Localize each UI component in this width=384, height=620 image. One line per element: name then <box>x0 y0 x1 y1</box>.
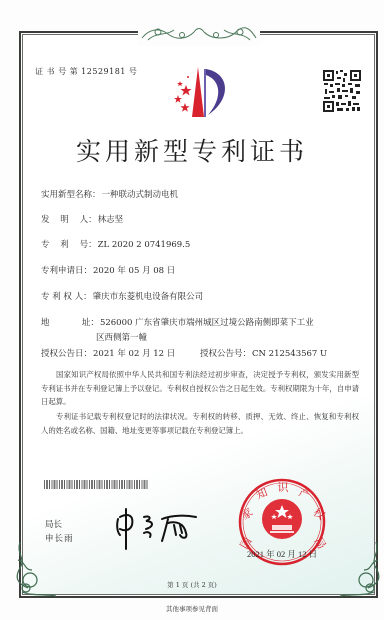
footer-note: 其他事项参见背面 <box>0 604 384 613</box>
grant-announcement-number-value: CN 212543567 U <box>252 349 327 359</box>
patentee-value: 肇庆市东菱机电设备有限公司 <box>93 292 204 302</box>
top-floral-ornament-icon <box>138 22 260 46</box>
address-value-line1: 526000 广东省肇庆市端州城区过境公路南侧即菜下工业 <box>100 318 314 328</box>
director-signature-icon <box>110 505 200 550</box>
cnipa-logo-icon <box>168 65 232 119</box>
field-label: 专 利 号： <box>41 238 97 250</box>
inventor-value: 林志坚 <box>98 215 124 225</box>
bottom-left-floral-ornament-icon <box>12 540 56 600</box>
field-patentee: 专 利 权 人：肇庆市东菱机电设备有限公司 <box>41 290 203 302</box>
certificate-number: 证 书 号 第 12529181 号 <box>35 66 137 77</box>
svg-text:识: 识 <box>278 481 290 494</box>
field-utility-model-name: 实用新型名称：一种联动式制动电机 <box>41 188 178 200</box>
field-label: 专利申请日： <box>41 264 92 276</box>
svg-text:知: 知 <box>254 486 269 502</box>
seal-date: 2021 年 02 月 12 日 <box>247 548 317 560</box>
field-label: 地 址： <box>41 316 99 328</box>
filing-date-value: 2020 年 05 月 08 日 <box>93 266 175 276</box>
director-title: 局长 <box>45 518 62 530</box>
address-value-line2: 区西侧第一幢 <box>96 333 147 343</box>
grant-date-value: 2021 年 02 月 12 日 <box>93 349 175 359</box>
legal-paragraph-1: 国家知识产权局依照中华人民共和国专利法经过初步审查，决定授予专利权，颁发实用新型… <box>41 368 359 409</box>
page-indicator: 第 1 页 (共 2 页) <box>0 580 384 589</box>
field-label: 授权公告号： <box>200 347 251 359</box>
field-grant-announcement-number: 授权公告号：CN 212543567 U <box>200 347 327 359</box>
legal-paragraph-2: 专利证书记载专利权登记时的法律状况。专利权的转移、质押、无效、终止、恢复和专利权… <box>41 410 359 437</box>
field-label: 授权公告日： <box>41 347 92 359</box>
field-grant-date: 授权公告日：2021 年 02 月 12 日 <box>41 347 175 359</box>
director-name: 申长雨 <box>45 532 74 544</box>
field-label: 专 利 权 人： <box>41 290 92 302</box>
utility-model-name-value: 一种联动式制动电机 <box>102 190 179 200</box>
certificate-title: 实用新型专利证书 <box>0 132 384 168</box>
field-inventor: 发 明 人：林志坚 <box>41 213 123 225</box>
field-label: 发 明 人： <box>41 213 97 225</box>
field-address-continued: 区西侧第一幢 <box>95 331 147 343</box>
field-patent-number: 专 利 号：ZL 2020 2 0741969.5 <box>41 238 190 250</box>
field-label: 实用新型名称： <box>41 188 101 200</box>
patent-number-value: ZL 2020 2 0741969.5 <box>98 240 191 250</box>
qr-code[interactable] <box>322 69 362 113</box>
field-filing-date: 专利申请日：2020 年 05 月 08 日 <box>41 264 175 276</box>
svg-text:产: 产 <box>297 485 312 502</box>
barcode <box>44 480 149 489</box>
bottom-right-floral-ornament-icon <box>340 540 384 600</box>
field-address: 地 址：526000 广东省肇庆市端州城区过境公路南侧即菜下工业 <box>41 316 314 328</box>
